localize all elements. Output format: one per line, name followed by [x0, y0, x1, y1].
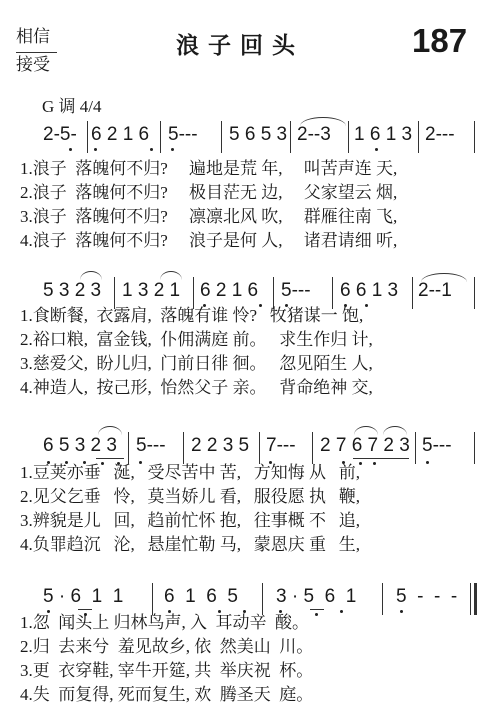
lyric-verse-3: 3.辨貌是儿 回, 趋前忙怀 抱, 往事概 不 追, — [20, 510, 360, 531]
barline — [382, 583, 383, 615]
eighth-underline — [353, 458, 409, 459]
barline — [262, 583, 263, 615]
barline — [474, 121, 475, 153]
slur-arc — [160, 271, 182, 280]
notation-line-1: 2-5- 6 2 1 6 5--- 5 6 5 3 2--3 1 6 1 3 2… — [0, 123, 500, 157]
low-octave-dot — [315, 613, 318, 616]
lyric-verse-4: 4.失 而复得, 死而复生, 欢 腾圣天 庭。 — [20, 684, 313, 705]
lyric-verse-3: 3.浪子 落魄何不归? 凛凛北风 吹, 群雁往南 飞, — [20, 206, 397, 227]
measure: 2--1 — [418, 279, 452, 303]
slur-arc — [80, 271, 102, 280]
lyric-verse-1: 1.豆荚亦垂 涎, 受尽苦中 苦, 方知悔 从 前, — [20, 462, 360, 483]
barline — [412, 277, 413, 309]
measure: 5--- — [281, 279, 311, 303]
low-octave-dot — [340, 610, 343, 613]
measure: 2 7 6 7 2 3 — [320, 434, 410, 458]
barline — [160, 121, 161, 153]
measure: 2 2 3 5 — [191, 434, 249, 458]
measure: 5--- — [168, 123, 198, 147]
barline — [474, 432, 475, 464]
measure: 1 6 1 3 — [354, 123, 412, 147]
eighth-underline — [310, 609, 324, 610]
category-bottom: 接受 — [16, 55, 50, 75]
key-signature: G 调 4/4 — [42, 92, 102, 117]
lyric-verse-2: 2.裕口粮, 富金钱, 仆佣满庭 前。 求生作归 计, — [20, 329, 373, 350]
lyric-verse-3: 3.慈爱父, 盼儿归, 门前日徘 徊。 忽见陌生 人, — [20, 353, 373, 374]
measure: 5--- — [422, 434, 452, 458]
low-octave-dot — [373, 462, 376, 465]
low-octave-dot — [171, 148, 174, 151]
barline — [312, 432, 313, 464]
measure: 2--3 — [297, 123, 331, 147]
measure: 1 3 2 1 — [122, 279, 180, 303]
final-barline — [474, 583, 477, 615]
slur-arc — [354, 426, 378, 435]
eighth-underline — [96, 458, 124, 459]
lyric-verse-2: 2.见父乞垂 怜, 莫当娇儿 看, 服役愿 执 鞭, — [20, 486, 360, 507]
low-octave-dot — [150, 148, 153, 151]
barline — [474, 277, 475, 309]
barline — [87, 121, 88, 153]
hymn-number: 187 — [412, 22, 467, 60]
barline — [418, 121, 419, 153]
low-octave-dot — [375, 148, 378, 151]
lyric-verse-2: 2.归 去来兮 羞见故乡, 依 然美山 川。 — [20, 636, 313, 657]
measure: 5 - - - — [396, 585, 457, 609]
slur-arc — [383, 426, 407, 435]
lyric-verse-1: 1.食断餐, 衣露肩, 落魄有谁 怜? 牧猪谋一 饱, — [20, 305, 363, 326]
lyric-verse-4: 4.神造人, 按己形, 怡然父子 亲。 背命绝神 交, — [20, 377, 373, 398]
category-top: 相信 — [16, 27, 50, 47]
low-octave-dot — [365, 304, 368, 307]
hymn-title: 浪子回头 — [176, 27, 304, 60]
barline — [183, 432, 184, 464]
lyric-verse-1: 1.忽 闻头上 归林鸟声, 入 耳动辛 酸。 — [20, 612, 309, 633]
measure: 6 2 1 6 — [91, 123, 149, 147]
barline — [152, 583, 153, 615]
measure: 6 2 1 6 — [200, 279, 258, 303]
lyric-verse-4: 4.负罪趋沉 沦, 悬崖忙勒 马, 蒙恩庆 重 生, — [20, 534, 360, 555]
barline — [128, 432, 129, 464]
lyric-verse-1: 1.浪子 落魄何不归? 遍地是荒 年, 叫苦声连 天, — [20, 158, 397, 179]
measure: 5--- — [136, 434, 166, 458]
lyric-verse-3: 3.更 衣穿鞋, 宰牛开筵, 共 举庆祝 杯。 — [20, 660, 313, 681]
barline — [348, 121, 349, 153]
measure: 5 3 2 3 — [43, 279, 101, 303]
measure: 2--- — [425, 123, 455, 147]
measure: 3 · 5 6 1 — [276, 585, 356, 609]
eighth-underline — [78, 609, 92, 610]
lyric-verse-4: 4.浪子 落魄何不归? 浪子是何 人, 诸君请细 听, — [20, 230, 397, 251]
tie-arc — [300, 117, 346, 126]
barline — [415, 432, 416, 464]
low-octave-dot — [69, 148, 72, 151]
measure: 6 6 1 3 — [340, 279, 398, 303]
slur-arc — [98, 426, 122, 435]
low-octave-dot — [426, 461, 429, 464]
barline — [290, 121, 291, 153]
tie-arc — [421, 273, 467, 282]
measure: 6 1 6 5 — [164, 585, 238, 609]
barline — [221, 121, 222, 153]
measure: 2-5- — [43, 123, 77, 147]
low-octave-dot — [94, 148, 97, 151]
lyric-verse-2: 2.浪子 落魄何不归? 极目茫无 边, 父家望云 烟, — [20, 182, 397, 203]
measure: 5 6 5 3 — [229, 123, 287, 147]
measure: 6 5 3 2 3 — [43, 434, 117, 458]
category-divider — [16, 52, 57, 53]
barline — [259, 432, 260, 464]
measure: 5 · 6 1 1 — [43, 585, 123, 609]
low-octave-dot — [400, 610, 403, 613]
measure: 7--- — [266, 434, 296, 458]
barline — [470, 583, 471, 615]
